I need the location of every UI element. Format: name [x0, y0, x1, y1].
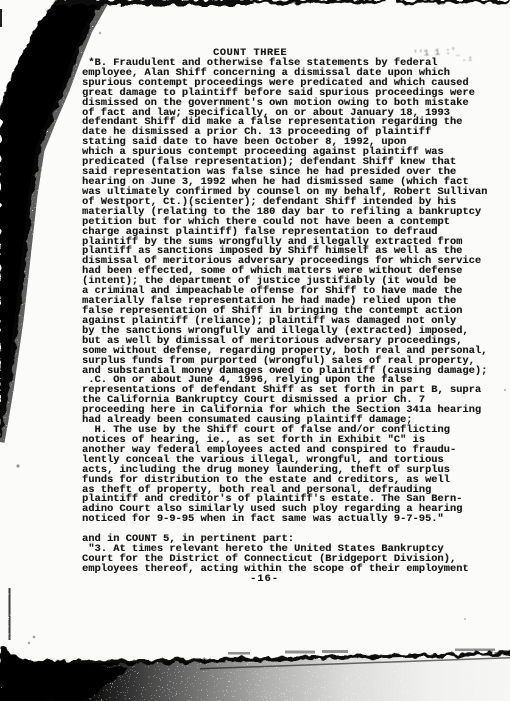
- document-text: COUNT THREE *B. Fraudulent and otherwise…: [82, 49, 510, 585]
- scan-artifact-bottom-left-corner: [0, 646, 130, 701]
- document-lines: *B. Fraudulent and otherwise false state…: [82, 59, 510, 575]
- scan-artifact-paper-bottom-edge-echo: [200, 657, 510, 670]
- scan-artifact-top-right-squiggle: ˝·¹: [454, 55, 473, 68]
- text-line: noticed for 9-9-95 when in fact same was…: [82, 515, 510, 525]
- scan-artifact-top-edge-bar: [55, 0, 510, 6]
- text-line: employees thereof, acting within the sco…: [82, 565, 510, 575]
- scan-artifact-bottom-gray-patches: [228, 649, 495, 655]
- scanned-document-page: COUNT THREE *B. Fraudulent and otherwise…: [0, 0, 510, 701]
- scan-artifact-bottom-dark-band: [0, 655, 510, 701]
- scan-artifact-left-vertical-mark: [9, 588, 11, 640]
- scan-artifact-left-edge-tick: [0, 9, 2, 27]
- page-number: -16-: [82, 575, 510, 585]
- scan-artifact-paper-bottom-edge: [0, 652, 510, 668]
